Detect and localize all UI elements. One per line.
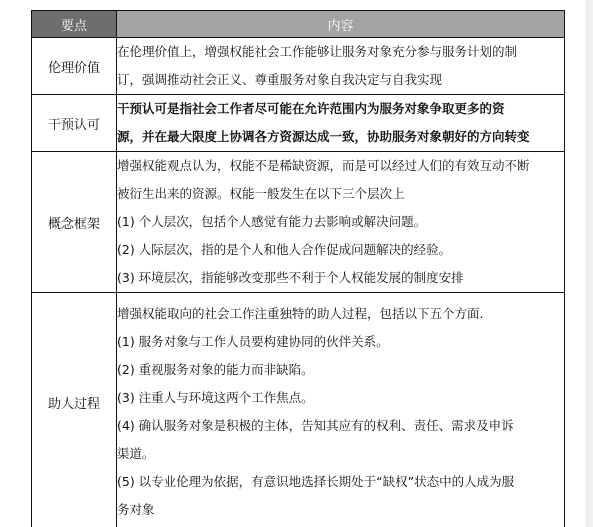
table-row-intervention: 干预认可 干预认可是指社会工作者尽可能在允许范围内为服务对象争取更多的资 源，并… — [32, 95, 565, 152]
content-line: (1) 个人层次，包括个人感觉有能力去影响或解决问题。 — [117, 208, 564, 236]
table-row-ethical-value: 伦理价值 在伦理价值上，增强权能社会工作能够让服务对象充分参与服务计划的制 订，… — [32, 38, 565, 95]
content-line: 源，并在最大限度上协调各方资源达成一致，协助服务对象朝好的方向转变 — [117, 123, 564, 151]
content-line: 被衍生出来的资源。权能一般发生在以下三个层次上 — [117, 180, 564, 208]
row-content: 在伦理价值上，增强权能社会工作能够让服务对象充分参与服务计划的制 订，强调推动社… — [117, 38, 565, 95]
content-line: 干预认可是指社会工作者尽可能在允许范围内为服务对象争取更多的资 — [117, 95, 564, 123]
content-line: (4) 确认服务对象是积极的主体，告知其应有的权利、责任、需求及申诉 — [117, 412, 564, 440]
content-line: (2) 重视服务对象的能力而非缺陷。 — [117, 356, 564, 384]
row-key: 伦理价值 — [32, 38, 117, 95]
row-key: 助人过程 — [32, 293, 117, 527]
table-header-row: 要点 内容 — [32, 11, 565, 38]
row-key: 概念框架 — [32, 152, 117, 293]
content-line: (2) 人际层次，指的是个人和他人合作促成问题解决的经验。 — [117, 236, 564, 264]
key-points-table: 要点 内容 伦理价值 在伦理价值上，增强权能社会工作能够让服务对象充分参与服务计… — [31, 10, 565, 527]
content-line: (3) 环境层次，指能够改变那些不利于个人权能发展的制度安排 — [117, 264, 564, 292]
content-line: 增强权能取向的社会工作注重独特的助人过程，包括以下五个方面. — [117, 300, 564, 328]
table-row-helping-process: 助人过程 增强权能取向的社会工作注重独特的助人过程，包括以下五个方面. (1) … — [32, 293, 565, 527]
page-margin-strip — [585, 0, 593, 527]
table-row-conceptual-framework: 概念框架 增强权能观点认为，权能不是稀缺资源，而是可以经过人们的有效互动不断 被… — [32, 152, 565, 293]
header-content: 内容 — [117, 11, 565, 38]
content-line: 在伦理价值上，增强权能社会工作能够让服务对象充分参与服务计划的制 — [117, 38, 564, 66]
row-content: 增强权能取向的社会工作注重独特的助人过程，包括以下五个方面. (1) 服务对象与… — [117, 293, 565, 527]
content-line: (5) 以专业伦理为依据，有意识地选择长期处于“缺权”状态中的人成为服 — [117, 468, 564, 496]
content-line: (3) 注重人与环境这两个工作焦点。 — [117, 384, 564, 412]
content-line: 务对象 — [117, 496, 564, 524]
header-key-points: 要点 — [32, 11, 117, 38]
row-key: 干预认可 — [32, 95, 117, 152]
content-line: (1) 服务对象与工作人员要构建协同的伙伴关系。 — [117, 328, 564, 356]
content-line: 增强权能观点认为，权能不是稀缺资源，而是可以经过人们的有效互动不断 — [117, 152, 564, 180]
content-line: 订，强调推动社会正义、尊重服务对象自我决定与自我实现 — [117, 66, 564, 94]
content-line: 渠道。 — [117, 440, 564, 468]
row-content: 增强权能观点认为，权能不是稀缺资源，而是可以经过人们的有效互动不断 被衍生出来的… — [117, 152, 565, 293]
row-content: 干预认可是指社会工作者尽可能在允许范围内为服务对象争取更多的资 源，并在最大限度… — [117, 95, 565, 152]
